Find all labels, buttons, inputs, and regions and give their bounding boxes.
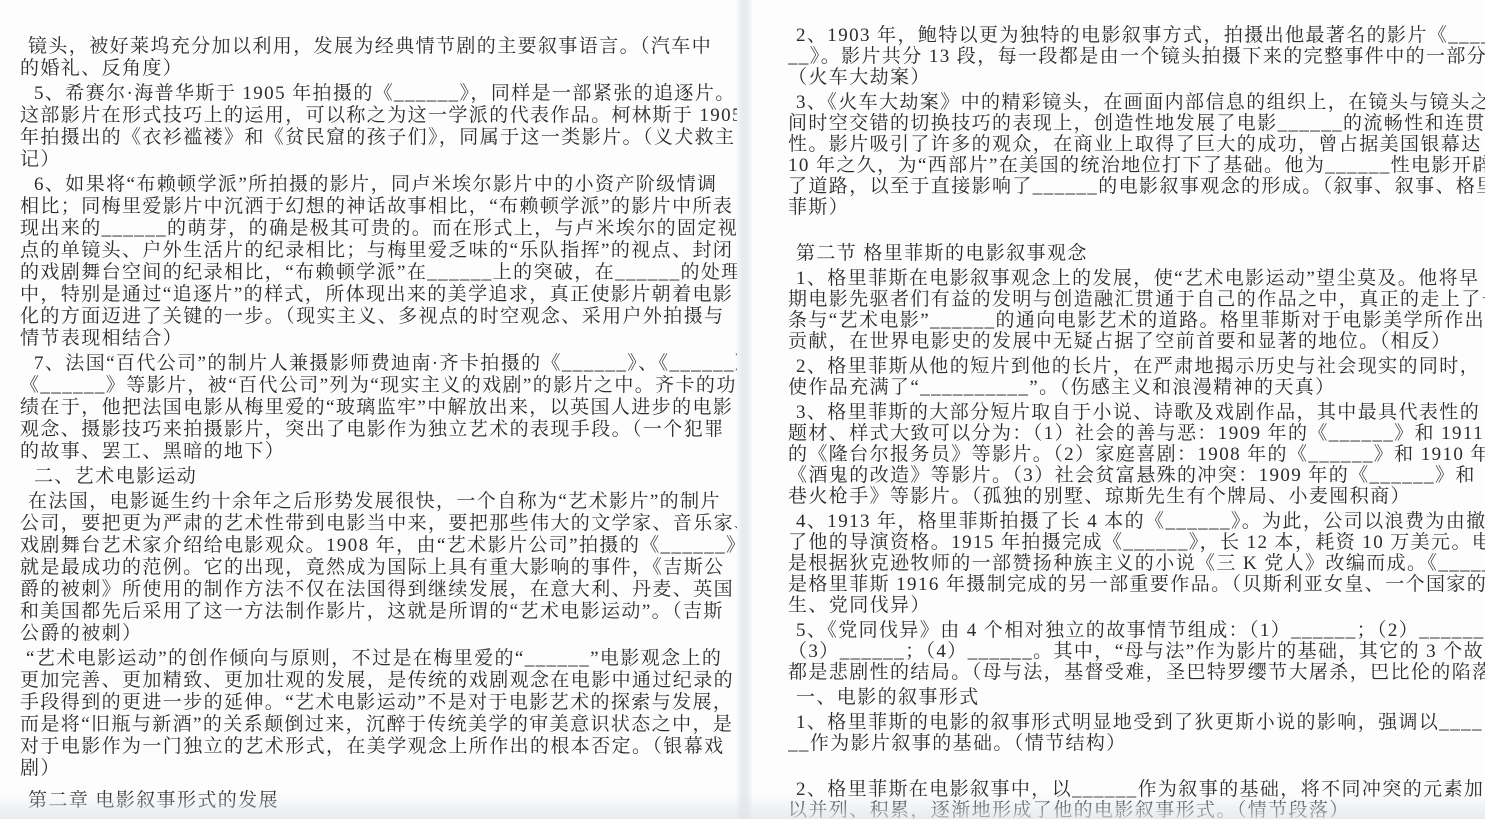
text-line (788, 218, 1485, 239)
text-line: 贡献，在世界电影史的发展中无疑占据了空前首要和显著的地位。（相反） (788, 331, 1485, 352)
text-line: 公爵的被刺） (20, 623, 737, 645)
text-line: __》。影片共分 13 段，每一段都是由一个镜头拍摄下来的完整事件中的一部分。 (788, 46, 1485, 67)
text-line: 爵的被刺》所使用的制作方法不仅在法国得到继续发展，在意大利、丹麦、英国 (20, 579, 737, 601)
text-line: 年拍摄出的《衣衫褴褛》和《贫民窟的孩子们》，同属于这一类影片。（义犬救主 (20, 127, 737, 149)
text-line: 1、格里菲斯在电影叙事观念上的发展，使“艺术电影运动”望尘莫及。他将早 (788, 268, 1485, 289)
text-line: 的《隆台尔报务员》等影片。（2）家庭喜剧：1908 年的《______》和 19… (788, 444, 1485, 465)
text-line: 在法国，电影诞生约十余年之后形势发展很快，一个自称为“艺术影片”的制片 (20, 491, 737, 513)
text-line (788, 754, 1485, 775)
text-line: 3、《火车大劫案》中的精彩镜头，在画面内部信息的组织上，在镜头与镜头之 (788, 92, 1485, 113)
text-line: 巷火枪手》等影片。（孤独的别墅、琼斯先生有个牌局、小麦囤积商） (788, 486, 1485, 507)
page-divider (737, 0, 752, 819)
text-line: （3）______；（4）______。其中，“母与法”作为影片的基础，其它的 … (788, 641, 1485, 662)
text-line: 5、希赛尔·海普华斯于 1905 年拍摄的《______》，同样是一部紧张的追逐… (20, 83, 737, 105)
text-line: 6、如果将“布赖顿学派”所拍摄的影片，同卢米埃尔影片中的小资产阶级情调 (20, 174, 737, 196)
text-line: 是格里菲斯 1916 年摄制完成的另一部重要作品。（贝斯利亚女皇、一个国家的诞 (788, 574, 1485, 595)
text-line: 更加完善、更加精致、更加壮观的发展，是传统的戏剧观念在电影中通过纪录的 (20, 670, 737, 692)
text-line: 的婚礼、反角度） (20, 58, 737, 80)
text-line: 现出来的______的萌芽，的确是极其可贵的。而在形式上，与卢米埃尔的固定视 (20, 218, 737, 240)
text-line: 2、1903 年，鲍特以更为独特的电影叙事方式，拍摄出他最著名的影片《____ (788, 25, 1485, 46)
text-line: （火车大劫案） (788, 67, 1485, 88)
text-line: 都是悲剧性的结局。（母与法，基督受难，圣巴特罗缨节大屠杀，巴比伦的陷落） (788, 662, 1485, 683)
text-line: 第二节 格里菲斯的电影叙事观念 (788, 243, 1485, 264)
text-line: 中，特别是通过“追逐片”的样式，所体现出来的美学追求，真正使影片朝着电影 (20, 284, 737, 306)
text-line: 剧） (20, 758, 737, 780)
text-line: __作为影片叙事的基础。（情节结构） (788, 733, 1485, 754)
text-line: 这部影片在形式技巧上的运用，可以称之为这一学派的代表作品。柯林斯于 1905 (20, 105, 737, 127)
document-page-right[interactable]: 2、1903 年，鲍特以更为独特的电影叙事方式，拍摄出他最著名的影片《_____… (752, 0, 1485, 819)
text-line: 的戏剧舞台空间的纪录相比，“布赖顿学派”在______上的突破，在______的… (20, 262, 737, 284)
page-left-text-column: 镜头，被好莱坞充分加以利用，发展为经典情节剧的主要叙事语言。（汽车中的婚礼、反角… (20, 36, 737, 812)
text-line: 4、1913 年，格里菲斯拍摄了长 4 本的《______》。为此，公司以浪费为… (788, 511, 1485, 532)
text-line: 情节表现相结合） (20, 328, 737, 350)
text-line: 绩在于，他把法国电影从梅里爱的“玻璃监牢”中解放出来，以英国人进步的电影 (20, 397, 737, 419)
text-line: 10 年之久，为“西部片”在美国的统治地位打下了基础。他为______性电影开辟 (788, 155, 1485, 176)
text-line: 3、格里菲斯的大部分短片取自于小说、诗歌及戏剧作品，其中最具代表性的 (788, 402, 1485, 423)
text-line: “艺术电影运动”的创作倾向与原则，不过是在梅里爱的“______”电影观念上的 (20, 648, 737, 670)
text-line: 戏剧舞台艺术家介绍给电影观众。1908 年，由“艺术影片公司”拍摄的《_____… (20, 535, 737, 557)
text-line: 性。影片吸引了许多的观众，在商业上取得了巨大的成功，曾占据美国银幕达 (788, 134, 1485, 155)
text-line: 菲斯） (788, 197, 1485, 218)
text-line: 《酒鬼的改造》等影片。（3）社会贫富悬殊的冲突：1909 年的《______》和… (788, 465, 1485, 486)
text-line: 间时空交错的切换技巧的表现上，创造性地发展了电影______的流畅性和连贯 (788, 113, 1485, 134)
text-line: 一、电影的叙事形式 (788, 687, 1485, 708)
text-line: 记） (20, 149, 737, 171)
text-line: 生、党同伐异） (788, 595, 1485, 616)
text-line: 公司，要把更为严肃的艺术性带到电影当中来，要把那些伟大的文学家、音乐家、 (20, 513, 737, 535)
text-line: 期电影先驱者们有益的发明与创造融汇贯通于自己的作品之中，真正的走上了一 (788, 289, 1485, 310)
text-line: 就是最成功的范例。它的出现，竟然成为国际上具有重大影响的事件，《吉斯公 (20, 557, 737, 579)
text-line: 2、格里菲斯在电影叙事中，以______作为叙事的基础，将不同冲突的元素加 (788, 779, 1485, 800)
text-line: 的故事、罢工、黑暗的地下） (20, 441, 737, 463)
text-line: 第二章 电影叙事形式的发展 (20, 790, 737, 812)
text-line: 5、《党同伐异》由 4 个相对独立的故事情节组成：（1）______；（2）__… (788, 620, 1485, 641)
text-line: 以并列、积累，逐渐地形成了他的电影叙事形式。（情节段落） (788, 800, 1485, 819)
text-line: 了道路，以至于直接影响了______的电影叙事观念的形成。（叙事、叙事、格里 (788, 176, 1485, 197)
text-line: 点的单镜头、户外生活片的纪录相比；与梅里爱乏味的“乐队指挥”的视点、封闭 (20, 240, 737, 262)
text-line: 2、格里菲斯从他的短片到他的长片，在严肃地揭示历史与社会现实的同时， (788, 356, 1485, 377)
text-line: 和美国都先后采用了这一方法制作影片，这就是所谓的“艺术电影运动”。（吉斯 (20, 601, 737, 623)
text-line: 化的方面迈进了关键的一步。（现实主义、多视点的时空观念、采用户外拍摄与 (20, 306, 737, 328)
text-line: 题材、样式大致可以分为：（1）社会的善与恶：1909 年的《______》和 1… (788, 423, 1485, 444)
text-line: 而是将“旧瓶与新酒”的关系颠倒过来，沉醉于传统美学的审美意识状态之中，是 (20, 714, 737, 736)
text-line: 对于电影作为一门独立的艺术形式，在美学观念上所作出的根本否定。（银幕戏 (20, 736, 737, 758)
text-line: 镜头，被好莱坞充分加以利用，发展为经典情节剧的主要叙事语言。（汽车中 (20, 36, 737, 58)
text-line: 观念、摄影技巧来拍摄影片，突出了电影作为独立艺术的表现手段。（一个犯罪 (20, 419, 737, 441)
text-line: 手段得到的更进一步的延伸。“艺术电影运动”不是对于电影艺术的探索与发展， (20, 692, 737, 714)
text-line: 了他的导演资格。1915 年拍摄完成《______》，长 12 本，耗资 10 … (788, 532, 1485, 553)
document-page-left[interactable]: 镜头，被好莱坞充分加以利用，发展为经典情节剧的主要叙事语言。（汽车中的婚礼、反角… (0, 0, 737, 819)
text-line: 1、格里菲斯的电影的叙事形式明显地受到了狄更斯小说的影响，强调以____ (788, 712, 1485, 733)
text-line: 二、艺术电影运动 (20, 466, 737, 488)
text-line: 7、法国“百代公司”的制片人兼摄影师费迪南·齐卡拍摄的《______》、《___… (20, 353, 737, 375)
text-line: 是根据狄克逊牧师的一部赞扬种族主义的小说《三 K 党人》改编而成。《______… (788, 553, 1485, 574)
text-line: 条与“艺术电影”______的通向电影艺术的道路。格里菲斯对于电影美学所作出的 (788, 310, 1485, 331)
text-line: 使作品充满了“__________”。（伤感主义和浪漫精神的天真） (788, 377, 1485, 398)
text-line: 相比；同梅里爱影片中沉洒于幻想的神话故事相比，“布赖顿学派”的影片中所表 (20, 196, 737, 218)
text-line: 《______》等影片，被“百代公司”列为“现实主义的戏剧”的影片之中。齐卡的功 (20, 375, 737, 397)
page-right-text-column: 2、1903 年，鲍特以更为独特的电影叙事方式，拍摄出他最著名的影片《_____… (788, 25, 1485, 819)
